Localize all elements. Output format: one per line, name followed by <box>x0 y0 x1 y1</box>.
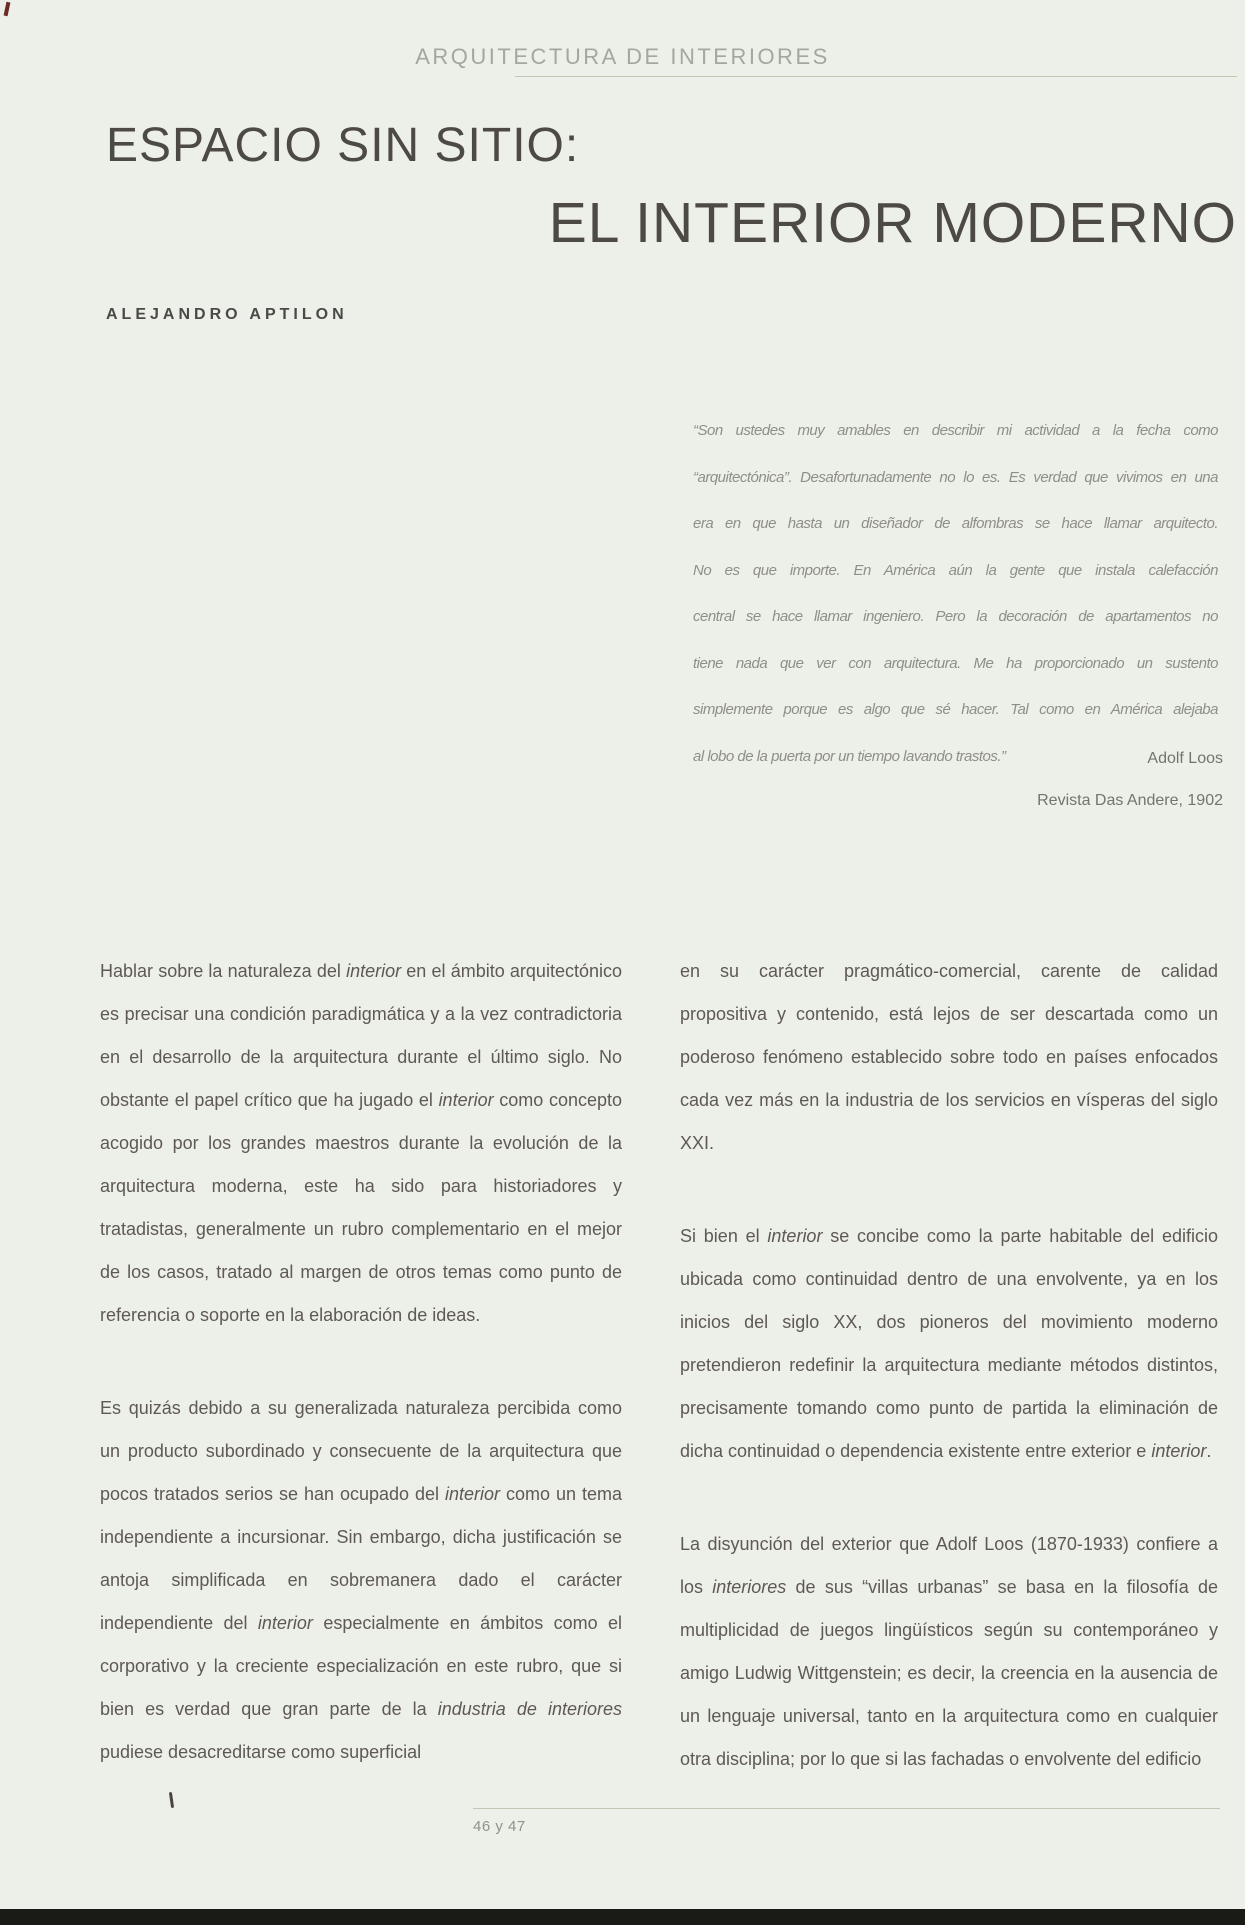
text-run: pudiese desacreditarse como superficial <box>100 1742 421 1762</box>
text-run: . <box>1206 1441 1211 1461</box>
quote-line: tiene nada que ver con arquitectura. Me … <box>693 641 1218 688</box>
quote-line: No es que importe. En América aún la gen… <box>693 548 1218 595</box>
text-run: como concepto acogido por los grandes ma… <box>100 1090 622 1325</box>
italic-term: interior <box>445 1484 500 1504</box>
quote-source: Revista Das Andere, 1902 <box>1037 792 1223 810</box>
scan-mark-top-left <box>4 2 11 17</box>
body-paragraph: Es quizás debido a su generalizada natur… <box>100 1387 622 1774</box>
section-header: ARQUITECTURA DE INTERIORES <box>0 44 1245 70</box>
italic-term: interior <box>439 1090 494 1110</box>
italic-term: interior <box>1151 1441 1206 1461</box>
quote-line: “arquitectónica”. Desafortunadamente no … <box>693 455 1218 502</box>
pull-quote: “Son ustedes muy amables en describir mi… <box>693 408 1218 780</box>
footer-rule <box>473 1808 1220 1809</box>
text-run: en el ámbito arquitectónico es precisar … <box>100 961 622 1110</box>
italic-term: interior <box>767 1226 822 1246</box>
quote-attribution: Adolf Loos <box>1147 750 1223 768</box>
text-run: Hablar sobre la naturaleza del <box>100 961 346 981</box>
article-title-line1: ESPACIO SIN SITIO: <box>106 120 579 173</box>
text-run: en su carácter pragmático-comercial, car… <box>680 961 1218 1153</box>
body-paragraph: Hablar sobre la naturaleza del interior … <box>100 950 622 1337</box>
scan-edge-bottom <box>0 1909 1245 1925</box>
page-number: 46 y 47 <box>473 1818 526 1835</box>
quote-line: al lobo de la puerta por un tiempo lavan… <box>693 734 1218 781</box>
body-paragraph: La disyunción del exterior que Adolf Loo… <box>680 1523 1218 1781</box>
quote-line: simplemente porque es algo que sé hacer.… <box>693 687 1218 734</box>
magazine-page-scan: { "page": { "header": "ARQUITECTURA DE I… <box>0 0 1245 1925</box>
scan-mark-bottom-left <box>169 1792 174 1808</box>
header-rule <box>515 76 1237 77</box>
article-title-line2: EL INTERIOR MODERNO <box>549 192 1237 255</box>
italic-term: interior <box>258 1613 313 1633</box>
quote-line: “Son ustedes muy amables en describir mi… <box>693 408 1218 455</box>
body-paragraph: Si bien el interior se concibe como la p… <box>680 1215 1218 1473</box>
author-name: ALEJANDRO APTILON <box>106 306 348 324</box>
text-run: como un tema independiente a incursionar… <box>100 1484 622 1633</box>
quote-line: central se hace llamar ingeniero. Pero l… <box>693 594 1218 641</box>
text-run: Si bien el <box>680 1226 767 1246</box>
body-paragraph: en su carácter pragmático-comercial, car… <box>680 950 1218 1165</box>
quote-line: era en que hasta un diseñador de alfombr… <box>693 501 1218 548</box>
right-column: en su carácter pragmático-comercial, car… <box>680 950 1218 1781</box>
text-run: de sus “villas urbanas” se basa en la fi… <box>680 1577 1218 1769</box>
italic-term: interior <box>346 961 401 981</box>
italic-term: industria de interiores <box>438 1699 622 1719</box>
italic-term: interiores <box>712 1577 786 1597</box>
left-column: Hablar sobre la naturaleza del interior … <box>100 950 622 1774</box>
text-run: se concibe como la parte habitable del e… <box>680 1226 1218 1461</box>
